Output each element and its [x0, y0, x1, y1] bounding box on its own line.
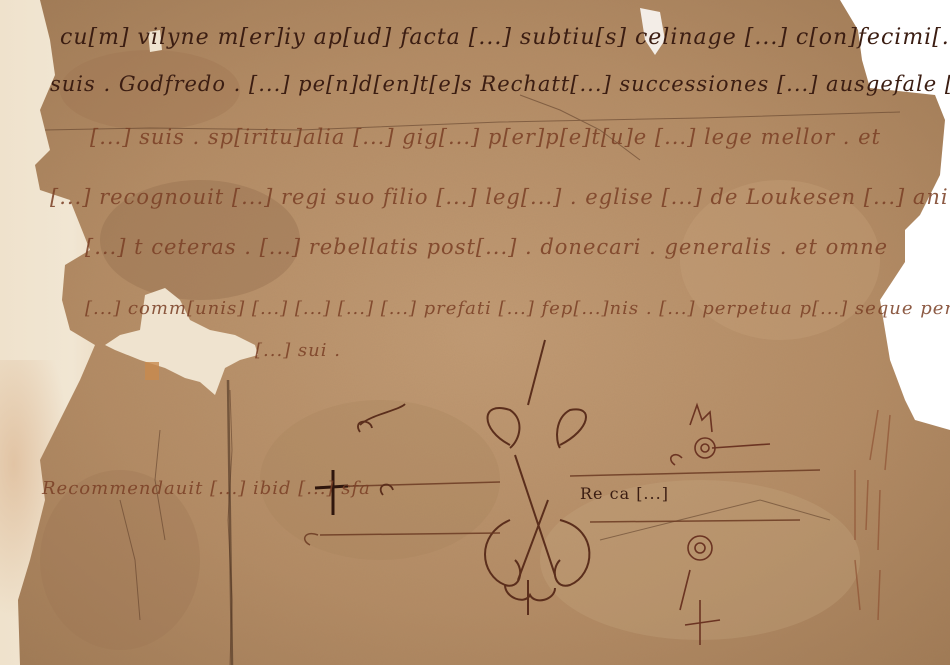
rota-legend-text: Re ca [...]: [580, 484, 669, 503]
text-line-6: [...] comm[unis] [...] [...] [...] [...]…: [85, 298, 950, 319]
text-line-3: [...] suis . sp[iritu]alia [...] gig[...…: [90, 125, 881, 149]
parchment-fragment: [0, 0, 950, 665]
text-line-1: cu[m] vilyne m[er]iy ap[ud] facta [...] …: [60, 25, 950, 50]
text-line-5: [...] t ceteras . [...] rebellatis post[…: [85, 235, 888, 259]
text-line-4: [...] recognouit [...] regi suo filio [.…: [50, 185, 950, 209]
signature-text-left: Recommendauit [...] ibid [...] sfa: [42, 478, 371, 499]
text-line-7: [...] sui .: [255, 340, 341, 361]
text-line-2: suis . Godfredo . [...] pe[n]d[en]t[e]s …: [50, 72, 950, 96]
